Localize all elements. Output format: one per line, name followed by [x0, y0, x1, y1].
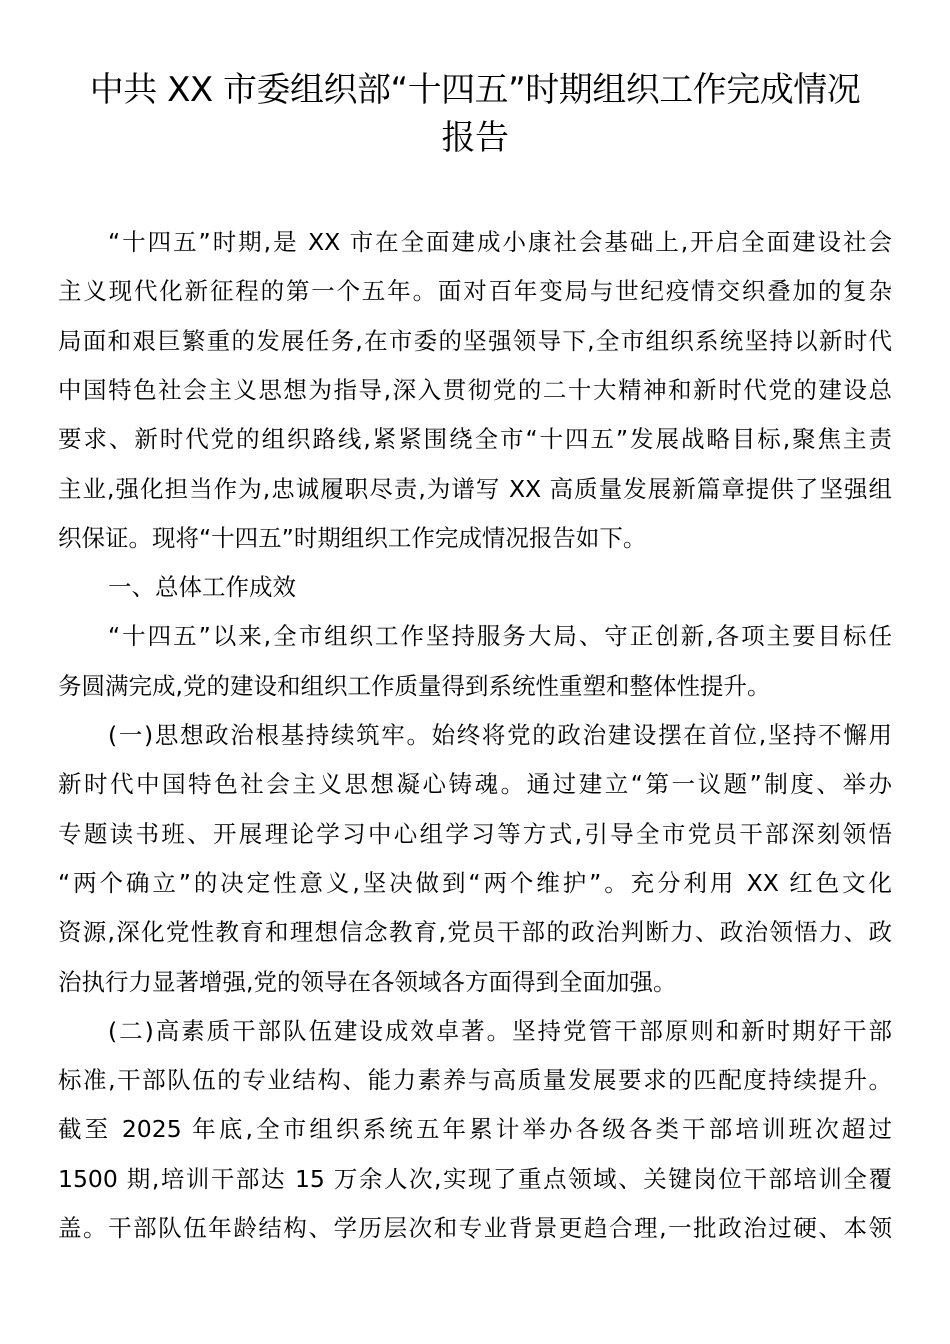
- body-text-line: 治执行力显著增强,党的领导在各领域各方面得到全面加强。: [58, 967, 892, 997]
- document-title-line-2: 报告: [0, 118, 950, 158]
- body-text-line: 要求、新时代党的组织路线,紧紧围绕全市“十四五”发展战略目标,聚焦主责: [58, 424, 892, 454]
- body-text-line: 专题读书班、开展理论学习中心组学习等方式,引导全市党员干部深刻领悟: [58, 819, 892, 849]
- body-text-line: 主业,强化担当作为,忠诚履职尽责,为谱写 XX 高质量发展新篇章提供了坚强组: [58, 474, 892, 504]
- body-text-line: 盖。干部队伍年龄结构、学历层次和专业背景更趋合理,一批政治过硬、本领: [58, 1213, 892, 1243]
- body-text-line: 局面和艰巨繁重的发展任务,在市委的坚强领导下,全市组织系统坚持以新时代: [58, 326, 892, 356]
- body-text-line: 截至 2025 年底,全市组织系统五年累计举办各级各类干部培训班次超过: [58, 1114, 892, 1144]
- body-text-line: “十四五”以来,全市组织工作坚持服务大局、守正创新,各项主要目标任: [108, 621, 892, 651]
- body-text-line: “两个确立”的决定性意义,坚决做到“两个维护”。充分利用 XX 红色文化: [58, 868, 892, 898]
- body-text-line: “十四五”时期,是 XX 市在全面建成小康社会基础上,开启全面建设社会: [108, 227, 892, 257]
- body-text-line: (二)高素质干部队伍建设成效卓著。坚持党管干部原则和新时期好干部: [108, 1016, 892, 1046]
- body-text-line: 新时代中国特色社会主义思想凝心铸魂。通过建立“第一议题”制度、举办: [58, 769, 892, 799]
- body-text-line: 中国特色社会主义思想为指导,深入贯彻党的二十大精神和新时代党的建设总: [58, 375, 892, 405]
- body-text-line: 资源,深化党性教育和理想信念教育,党员干部的政治判断力、政治领悟力、政: [58, 917, 892, 947]
- body-text-line: (一)思想政治根基持续筑牢。始终将党的政治建设摆在首位,坚持不懈用: [108, 720, 892, 750]
- document-title-line-1: 中共 XX 市委组织部“十四五”时期组织工作完成情况: [0, 70, 950, 110]
- body-text-line: 1500 期,培训干部达 15 万余人次,实现了重点领域、关键岗位干部培训全覆: [58, 1164, 892, 1194]
- section-heading: 一、总体工作成效: [108, 572, 892, 602]
- body-text-line: 主义现代化新征程的第一个五年。面对百年变局与世纪疫情交织叠加的复杂: [58, 276, 892, 306]
- body-text-line: 务圆满完成,党的建设和组织工作质量得到系统性重塑和整体性提升。: [58, 671, 892, 701]
- body-text-line: 织保证。现将“十四五”时期组织工作完成情况报告如下。: [58, 523, 892, 553]
- body-text-line: 标准,干部队伍的专业结构、能力素养与高质量发展要求的匹配度持续提升。: [58, 1065, 892, 1095]
